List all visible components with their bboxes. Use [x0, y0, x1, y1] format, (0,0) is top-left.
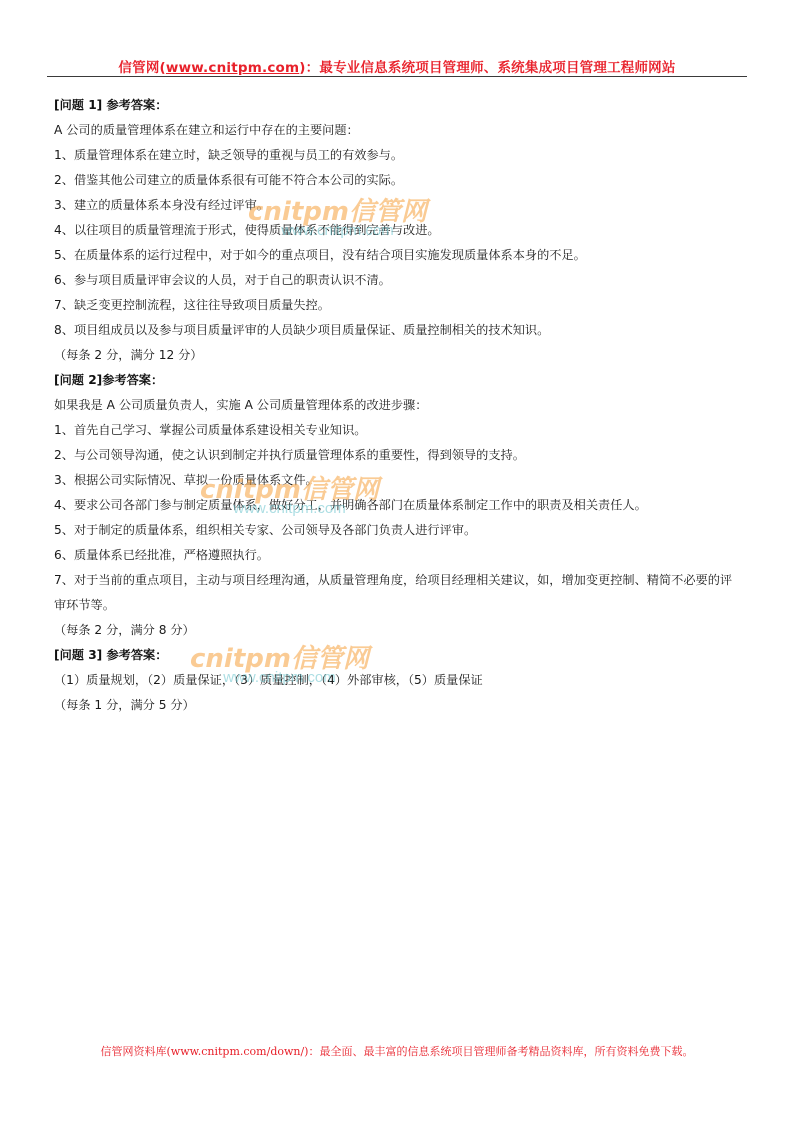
question-3-score: （每条 1 分，满分 5 分） — [54, 693, 744, 718]
question-2-intro: 如果我是 A 公司质量负责人，实施 A 公司质量管理体系的改进步骤： — [54, 393, 744, 418]
header-tagline: )：最专业信息系统项目管理师、系统集成项目管理工程师网站 — [299, 60, 675, 76]
header-site-link[interactable]: www.cnitpm.com — [166, 60, 299, 76]
answer-item: 5、对于制定的质量体系，组织相关专家、公司领导及各部门负责人进行评审。 — [54, 518, 744, 543]
page-footer: 信管网资料库(www.cnitpm.com/down/)：最全面、最丰富的信息系… — [47, 1043, 747, 1059]
question-1-score: （每条 2 分，满分 12 分） — [54, 343, 744, 368]
answer-item: 8、项目组成员以及参与项目质量评审的人员缺少项目质量保证、质量控制相关的技术知识… — [54, 318, 744, 343]
answer-item: 6、质量体系已经批准，严格遵照执行。 — [54, 543, 744, 568]
answer-item: 3、建立的质量体系本身没有经过评审。 — [54, 193, 744, 218]
answer-item: 1、质量管理体系在建立时，缺乏领导的重视与员工的有效参与。 — [54, 143, 744, 168]
question-2-heading: [问题 2]参考答案： — [54, 368, 744, 393]
answer-item: 7、对于当前的重点项目，主动与项目经理沟通，从质量管理角度，给项目经理相关建议，… — [54, 568, 744, 618]
answer-item: 7、缺乏变更控制流程，这往往导致项目质量失控。 — [54, 293, 744, 318]
header-prefix: 信管网( — [118, 60, 165, 76]
answer-item: 2、借鉴其他公司建立的质量体系很有可能不符合本公司的实际。 — [54, 168, 744, 193]
header-divider — [47, 76, 747, 77]
question-1-intro: A 公司的质量管理体系在建立和运行中存在的主要问题： — [54, 118, 744, 143]
answer-item: 6、参与项目质量评审会议的人员，对于自己的职责认识不清。 — [54, 268, 744, 293]
question-2-score: （每条 2 分，满分 8 分） — [54, 618, 744, 643]
answer-item: 4、要求公司各部门参与制定质量体系，做好分工，并明确各部门在质量体系制定工作中的… — [54, 493, 744, 518]
answer-item: 4、以往项目的质量管理流于形式，使得质量体系不能得到完善与改进。 — [54, 218, 744, 243]
answer-item: 2、与公司领导沟通，使之认识到制定并执行质量管理体系的重要性，得到领导的支持。 — [54, 443, 744, 468]
answer-item: （1）质量规划，（2）质量保证，（3）质量控制，（4）外部审核，（5）质量保证 — [54, 668, 744, 693]
page-header: 信管网(www.cnitpm.com)：最专业信息系统项目管理师、系统集成项目管… — [47, 56, 747, 76]
question-1-heading: [问题 1] 参考答案： — [54, 93, 744, 118]
answer-item: 1、首先自己学习、掌握公司质量体系建设相关专业知识。 — [54, 418, 744, 443]
answer-item: 3、根据公司实际情况、草拟一份质量体系文件。 — [54, 468, 744, 493]
question-3-heading: [问题 3] 参考答案： — [54, 643, 744, 668]
answer-item: 5、在质量体系的运行过程中，对于如今的重点项目，没有结合项目实施发现质量体系本身… — [54, 243, 744, 268]
document-body: [问题 1] 参考答案： A 公司的质量管理体系在建立和运行中存在的主要问题： … — [54, 93, 744, 718]
